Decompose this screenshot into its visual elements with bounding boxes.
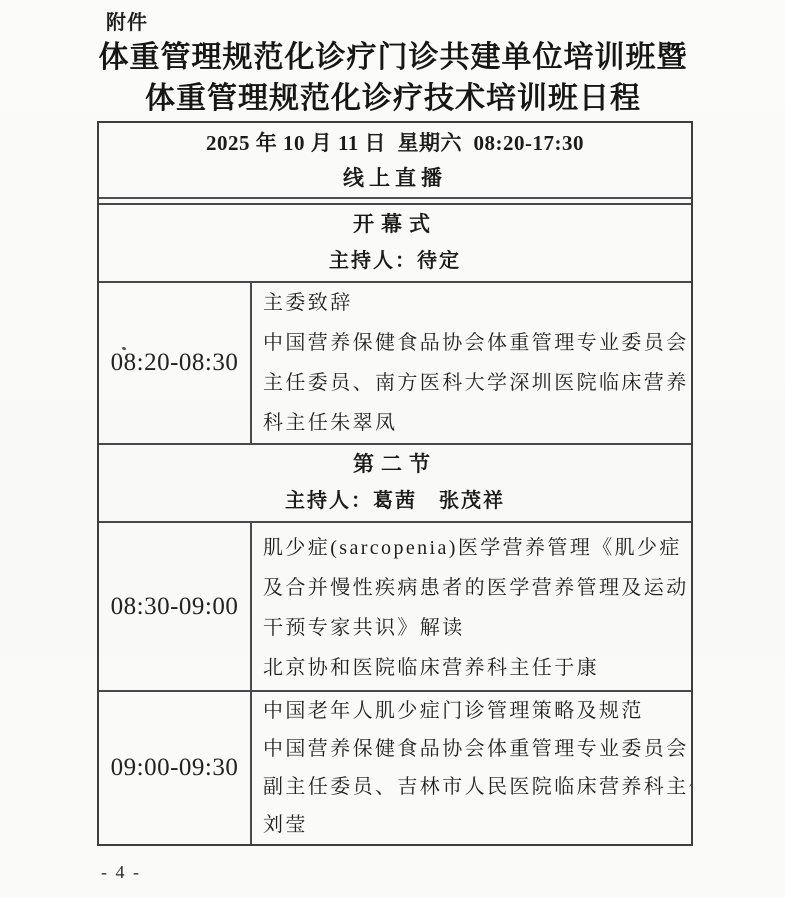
- time-slot: 09:00-09:30: [99, 692, 252, 844]
- schedule-row: 08:30-09:00 肌少症(sarcopenia)医学营养管理《肌少症 及合…: [99, 521, 691, 690]
- session-detail-line: 及合并慢性疾病患者的医学营养管理及运动: [263, 568, 685, 608]
- section-header-opening-ceremony: 开幕式 主持人：待定: [99, 205, 691, 281]
- scanned-document-page: 附件 体重管理规范化诊疗门诊共建单位培训班暨 体重管理规范化诊疗技术培训班日程 …: [0, 0, 785, 898]
- session-datetime: 2025 年 10 月 11 日 星期六 08:20-17:30: [99, 126, 691, 161]
- session-details: 肌少症(sarcopenia)医学营养管理《肌少症 及合并慢性疾病患者的医学营养…: [252, 523, 691, 690]
- schedule-row: 09:00-09:30 中国老年人肌少症门诊管理策略及规范 中国营养保健食品协会…: [99, 690, 691, 844]
- session-detail-line: 刘莹: [263, 806, 685, 844]
- document-title-line-1: 体重管理规范化诊疗门诊共建单位培训班暨: [48, 37, 738, 78]
- section-title: 第二节: [99, 446, 691, 483]
- session-detail-line: 主委致辞: [263, 283, 685, 323]
- table-header-row: 2025 年 10 月 11 日 星期六 08:20-17:30 线上直播: [99, 123, 691, 199]
- session-detail-line: 主任委员、南方医科大学深圳医院临床营养: [263, 363, 685, 403]
- session-detail-line: 中国老年人肌少症门诊管理策略及规范: [263, 692, 685, 730]
- section-moderator: 主持人：待定: [99, 243, 691, 280]
- session-details: 主委致辞 中国营养保健食品协会体重管理专业委员会 主任委员、南方医科大学深圳医院…: [252, 283, 691, 443]
- session-detail-line: 副主任委员、吉林市人民医院临床营养科主任: [263, 768, 685, 806]
- document-title: 体重管理规范化诊疗门诊共建单位培训班暨 体重管理规范化诊疗技术培训班日程: [48, 37, 738, 119]
- schedule-row: 08:20-08:30 主委致辞 中国营养保健食品协会体重管理专业委员会 主任委…: [99, 281, 691, 443]
- section-header-session-two: 第二节 主持人：葛茜 张茂祥: [99, 443, 691, 521]
- page-number: - 4 -: [101, 862, 141, 883]
- time-slot: 08:20-08:30: [99, 283, 252, 443]
- section-title: 开幕式: [99, 206, 691, 243]
- time-slot: 08:30-09:00: [99, 523, 252, 690]
- document-title-line-2: 体重管理规范化诊疗技术培训班日程: [48, 78, 738, 119]
- session-detail-line: 中国营养保健食品协会体重管理专业委员会: [263, 323, 685, 363]
- session-format: 线上直播: [99, 161, 691, 196]
- session-detail-line: 中国营养保健食品协会体重管理专业委员会: [263, 730, 685, 768]
- session-detail-line: 科主任朱翠凤: [263, 403, 685, 443]
- session-detail-line: 肌少症(sarcopenia)医学营养管理《肌少症: [263, 528, 685, 568]
- schedule-table: 2025 年 10 月 11 日 星期六 08:20-17:30 线上直播 开幕…: [97, 121, 693, 846]
- session-detail-line: 北京协和医院临床营养科主任于康: [263, 648, 685, 688]
- session-details: 中国老年人肌少症门诊管理策略及规范 中国营养保健食品协会体重管理专业委员会 副主…: [252, 692, 691, 844]
- attachment-label: 附件: [106, 6, 148, 35]
- session-detail-line: 干预专家共识》解读: [263, 608, 685, 648]
- section-moderator: 主持人：葛茜 张茂祥: [99, 483, 691, 520]
